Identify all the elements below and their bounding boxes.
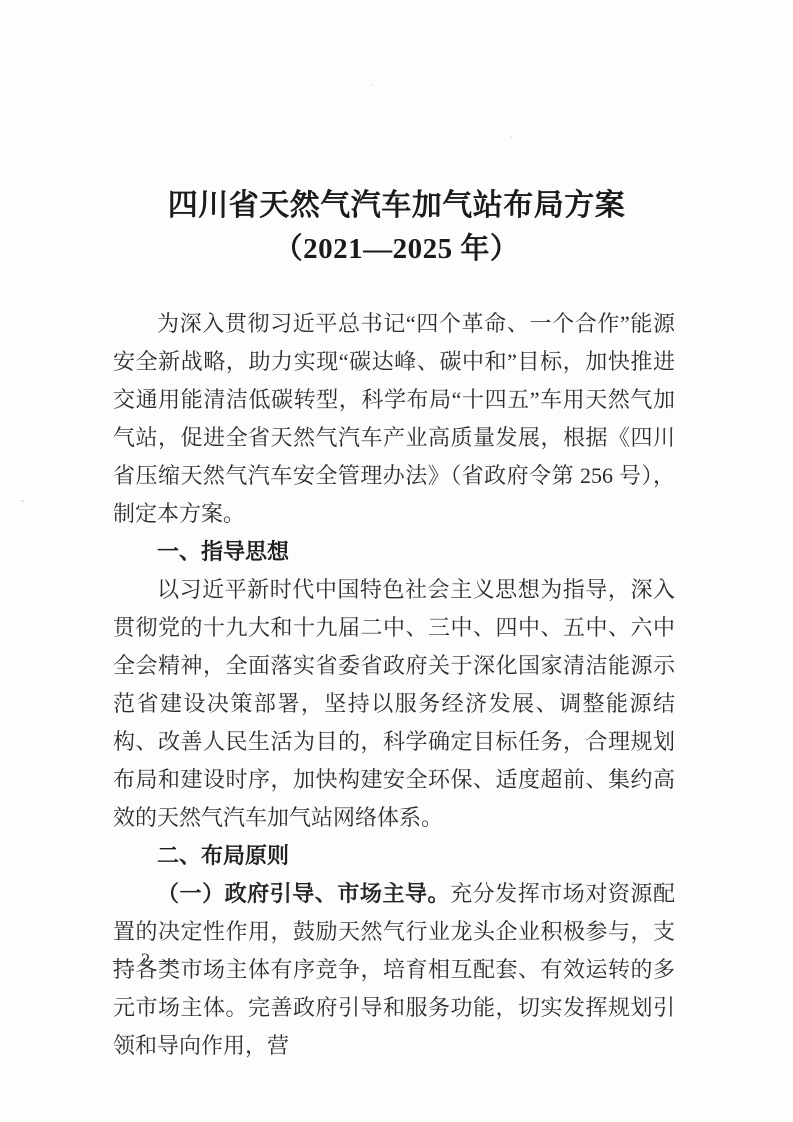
body-paragraph: 以习近平新时代中国特色社会主义思想为指导，深入贯彻党的十九大和十九届二中、三中、… bbox=[113, 571, 675, 837]
document-title-line-2: （2021—2025 年） bbox=[0, 228, 793, 270]
document-title-line-1: 四川省天然气汽车加气站布局方案 bbox=[0, 184, 793, 228]
body-paragraph: （一）政府引导、市场主导。充分发挥市场对资源配置的决定性作用，鼓励天然气行业龙头… bbox=[113, 875, 675, 1065]
body-paragraph: 为深入贯彻习近平总书记“四个革命、一个合作”能源安全新战略，助力实现“碳达峰、碳… bbox=[113, 305, 675, 533]
document-title: 四川省天然气汽车加气站布局方案 （2021—2025 年） bbox=[0, 184, 793, 270]
document-body: 为深入贯彻习近平总书记“四个革命、一个合作”能源安全新战略，助力实现“碳达峰、碳… bbox=[113, 305, 675, 1065]
scan-speck bbox=[510, 136, 512, 138]
paragraph-text: 充分发挥市场对资源配置的决定性作用，鼓励天然气行业龙头企业积极参与，支持各类市场… bbox=[113, 881, 675, 1058]
section-heading: 二、布局原则 bbox=[113, 837, 675, 875]
section-heading: 一、指导思想 bbox=[113, 533, 675, 571]
scan-speck bbox=[21, 500, 24, 502]
scanned-document-page: 四川省天然气汽车加气站布局方案 （2021—2025 年） 为深入贯彻习近平总书… bbox=[0, 0, 793, 1122]
scan-speck bbox=[371, 84, 373, 86]
page-number: — 2 — bbox=[113, 949, 180, 973]
scan-speck bbox=[455, 1046, 457, 1048]
paragraph-lead: （一）政府引导、市场主导。 bbox=[157, 881, 450, 906]
